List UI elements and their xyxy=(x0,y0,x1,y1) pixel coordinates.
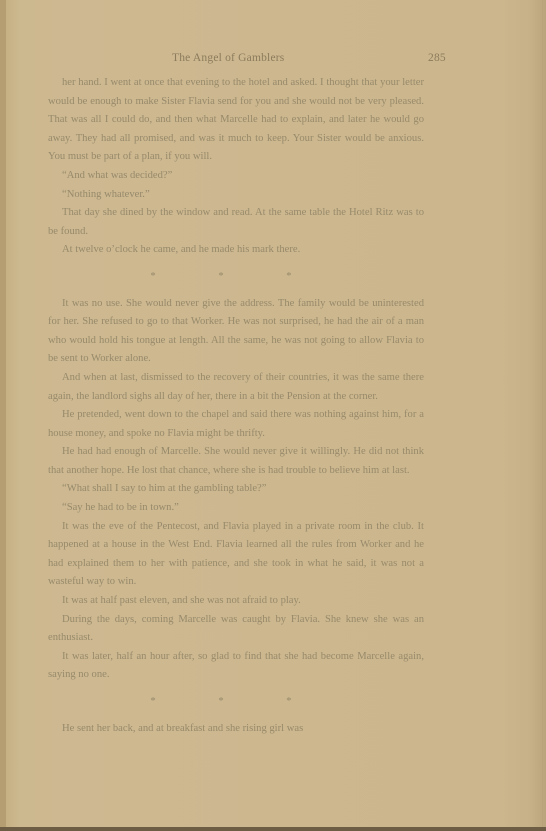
paragraph: He pretended, went down to the chapel an… xyxy=(48,406,424,443)
paragraph: It was at half past eleven, and she was … xyxy=(48,592,424,611)
paragraph: “Nothing whatever.” xyxy=(48,186,424,205)
paragraph: It was no use. She would never give the … xyxy=(48,295,424,369)
section-separator: * * * xyxy=(48,693,424,712)
paragraph: He had had enough of Marcelle. She would… xyxy=(48,443,424,480)
paragraph: And when at last, dismissed to the recov… xyxy=(48,369,424,406)
page-body: her hand. I went at once that evening to… xyxy=(48,74,424,738)
paragraph: “What shall I say to him at the gambling… xyxy=(48,480,424,499)
paragraph: “And what was decided?” xyxy=(48,167,424,186)
paragraph: It was the eve of the Pentecost, and Fla… xyxy=(48,518,424,592)
paragraph: During the days, coming Marcelle was cau… xyxy=(48,611,424,648)
paragraph: It was later, half an hour after, so gla… xyxy=(48,648,424,685)
running-head-title: The Angel of Gamblers xyxy=(172,52,284,64)
paragraph: He sent her back, and at breakfast and s… xyxy=(48,720,424,739)
paragraph: “Say he had to be in town.” xyxy=(48,499,424,518)
paragraph: That day she dined by the window and rea… xyxy=(48,204,424,241)
bottom-edge-shadow xyxy=(0,827,546,831)
paragraph: her hand. I went at once that evening to… xyxy=(48,74,424,167)
page-number: 285 xyxy=(428,52,446,64)
page-edge xyxy=(542,0,543,831)
paragraph: At twelve o’clock he came, and he made h… xyxy=(48,241,424,260)
book-page: The Angel of Gamblers 285 her hand. I we… xyxy=(0,0,546,831)
page-spine xyxy=(0,0,6,831)
section-separator: * * * xyxy=(48,268,424,287)
